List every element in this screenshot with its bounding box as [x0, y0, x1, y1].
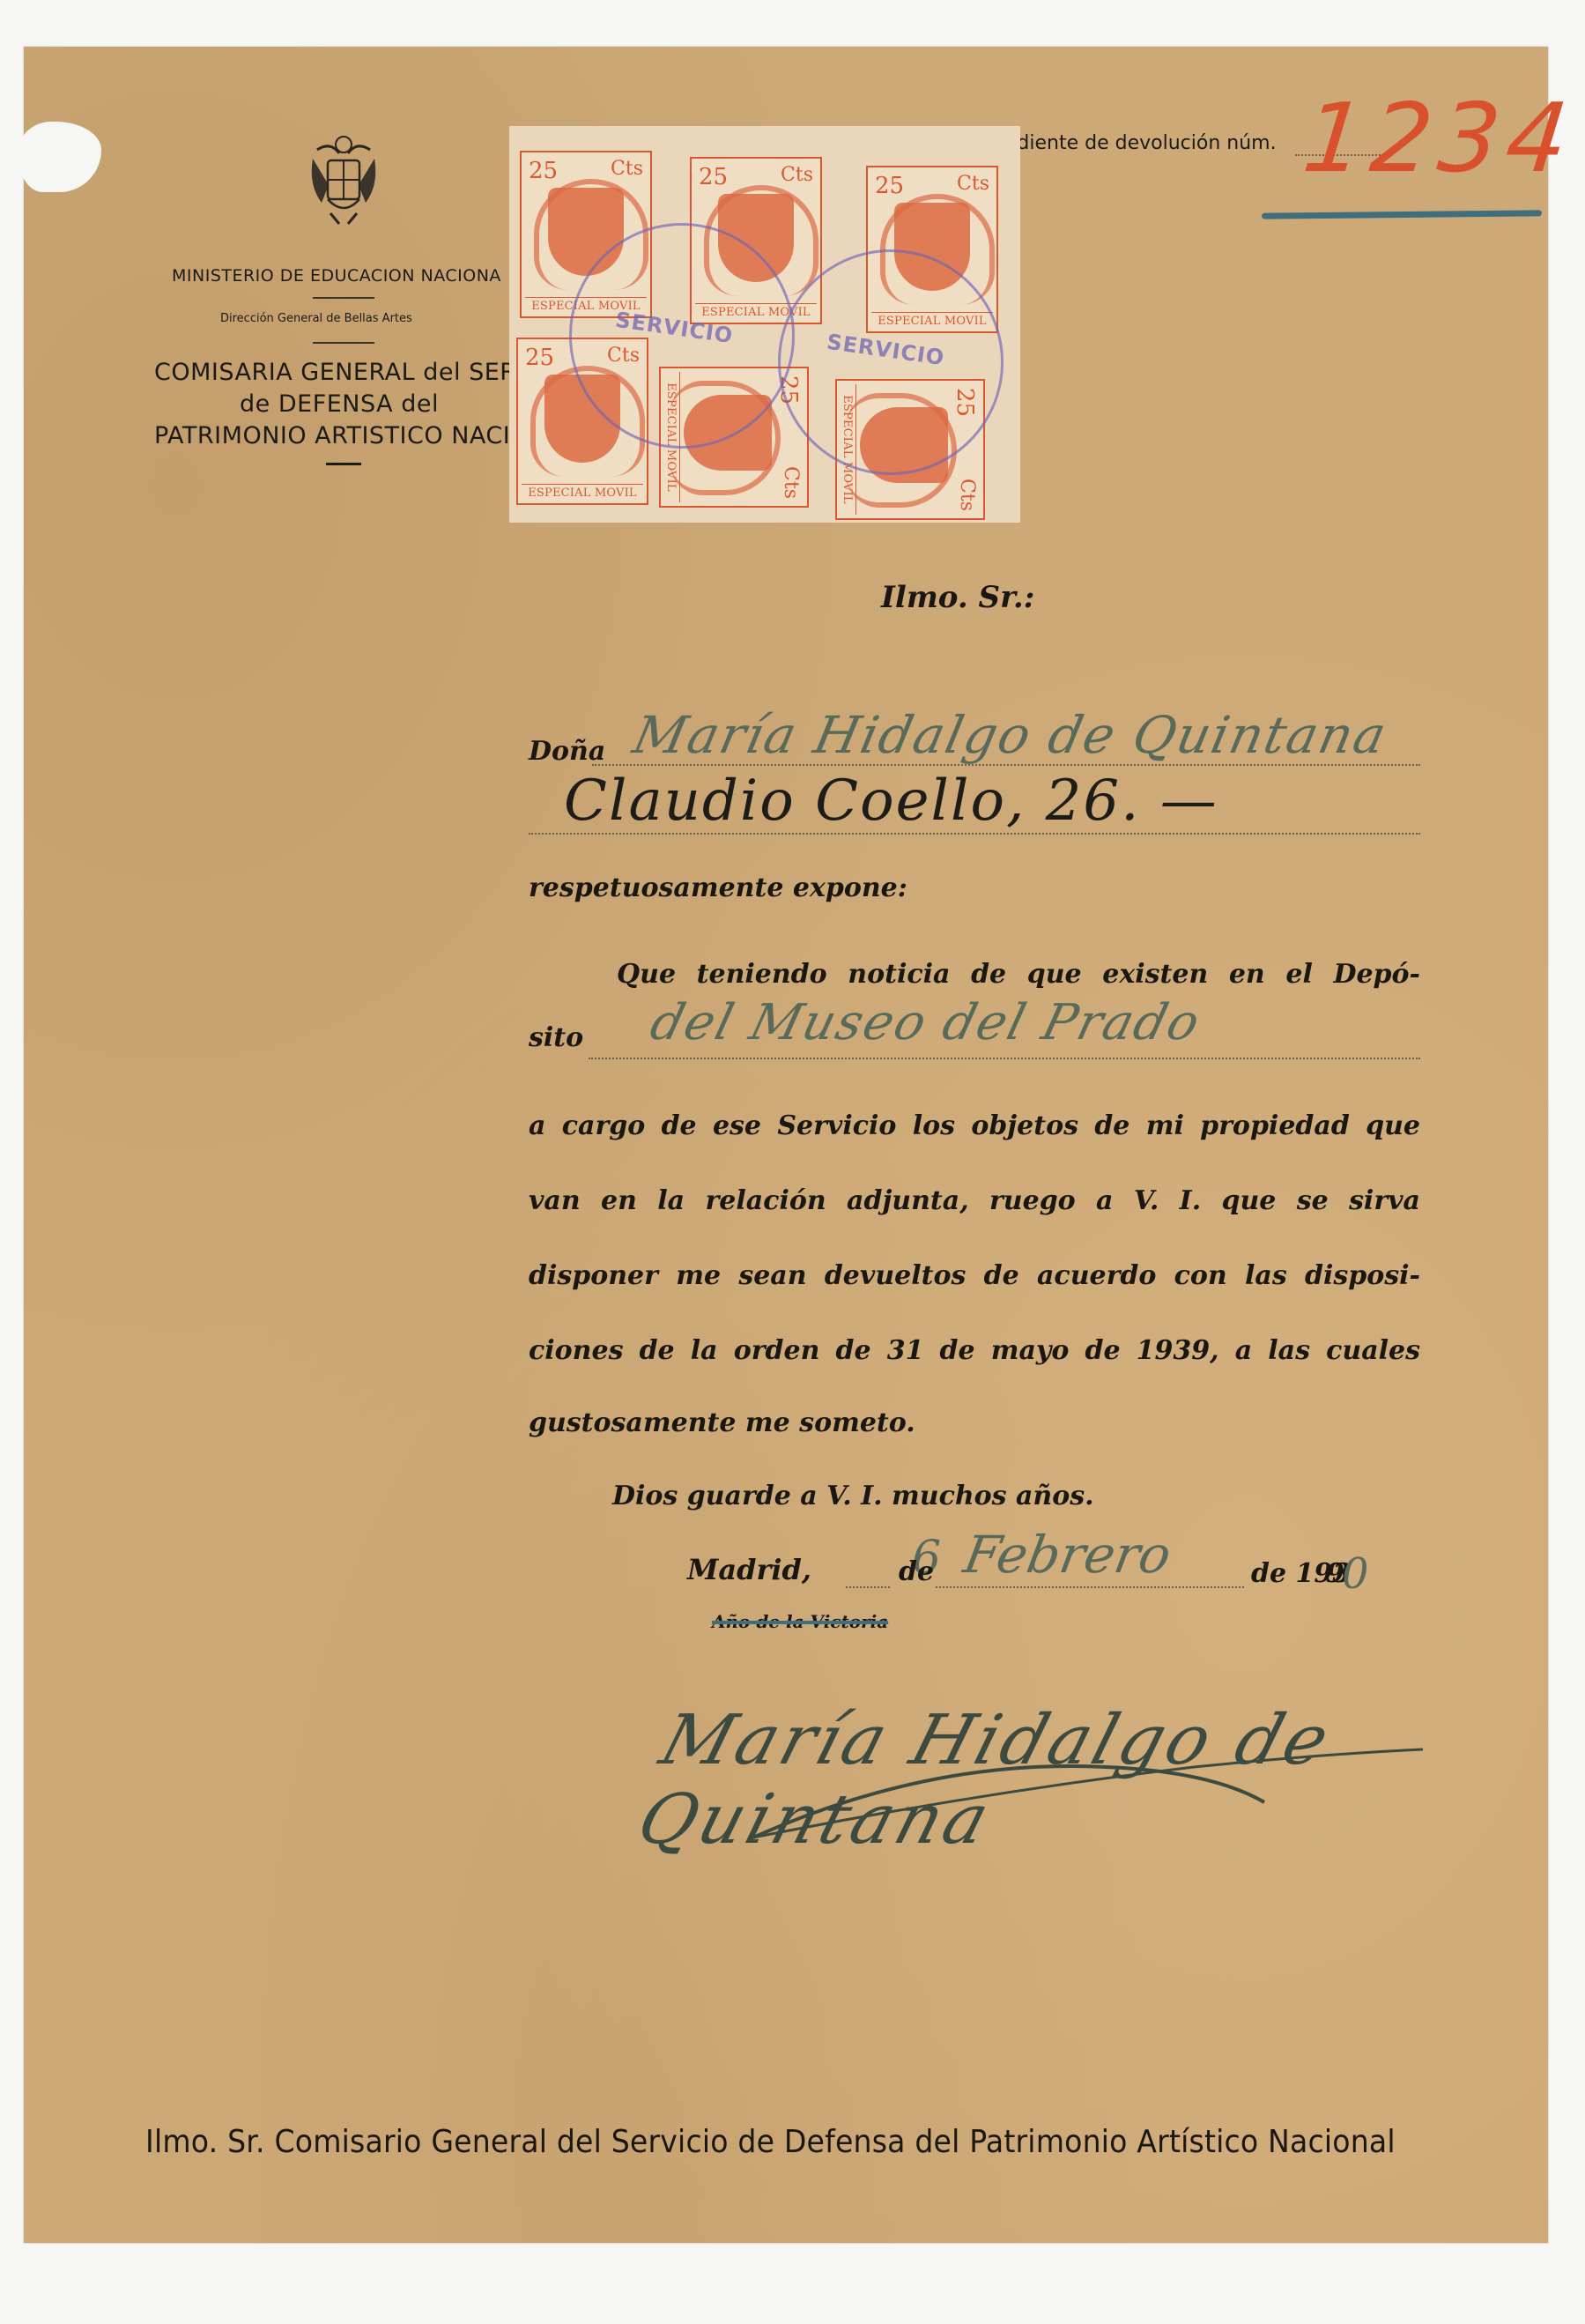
spanish-coat-of-arms-icon: [304, 132, 383, 229]
body-line-1: Que teniendo noticia de que existen en e…: [617, 959, 1420, 990]
addressee-footer: Ilmo. Sr. Comisario General del Servicio…: [145, 2124, 1396, 2160]
handwritten-address: Claudio Coello, 26. —: [564, 768, 1218, 834]
sito-label: sito: [529, 1022, 583, 1053]
closing-text: Dios guarde a V. I. muchos años.: [612, 1481, 1094, 1511]
stamp-value: 25: [525, 345, 554, 371]
body-line-6: ciones de la orden de 31 de mayo de 1939…: [529, 1335, 1420, 1366]
date-place: Madrid,: [687, 1553, 811, 1586]
direccion-general: Dirección General de Bellas Artes: [220, 312, 412, 325]
salutation: Ilmo. Sr.:: [881, 580, 1034, 615]
divider: [326, 463, 361, 465]
stamp-value: 25: [699, 164, 728, 190]
expone-text: respetuosamente expone:: [529, 872, 907, 903]
date-de: de: [899, 1556, 934, 1587]
stamp-unit: Cts: [956, 479, 978, 511]
comisaria-line-1: COMISARIA GENERAL del SERVIC: [154, 357, 524, 389]
handwritten-name: María Hidalgo de Quintana: [628, 705, 1393, 765]
body-line-3: a cargo de ese Servicio los objetos de m…: [529, 1110, 1420, 1141]
stamp-value: 25: [875, 173, 904, 199]
stamp-unit: Cts: [780, 466, 802, 499]
comisaria-line-3: PATRIMONIO ARTISTICO NACION: [154, 420, 524, 452]
divider: [313, 297, 374, 299]
signature-flourish: [753, 1732, 1423, 1855]
revenue-stamps-block: 25Cts ESPECIAL MOVIL 25Cts ESPECIAL MOVI…: [509, 126, 1020, 523]
comisaria-line-2: de DEFENSA del: [154, 389, 524, 420]
month-field-line: [936, 1586, 1244, 1588]
handwritten-year-correction: 0: [1342, 1549, 1369, 1599]
stamp-unit: Cts: [781, 164, 813, 186]
deposit-field-line: [589, 1058, 1420, 1059]
stamp-value: 25: [529, 158, 558, 184]
expediente-number: 1234: [1298, 84, 1580, 194]
ano-victoria-struck: Año de la Victoria: [712, 1611, 888, 1632]
stamp-caption: ESPECIAL MOVIL: [522, 484, 643, 500]
stamp-unit: Cts: [611, 158, 643, 180]
body-line-4: van en la relación adjunta, ruego a V. I…: [529, 1185, 1420, 1216]
handwritten-deposit: del Museo del Prado: [645, 994, 1207, 1051]
handwritten-month: Febrero: [959, 1525, 1175, 1585]
ministry-name: MINISTERIO DE EDUCACION NACIONA: [172, 266, 501, 286]
dona-label: Doña: [529, 736, 605, 767]
stamp-unit: Cts: [957, 173, 989, 195]
day-field-line: [846, 1586, 890, 1588]
divider: [313, 342, 374, 344]
body-line-7: gustosamente me someto.: [529, 1407, 915, 1438]
comisaria-heading: COMISARIA GENERAL del SERVIC de DEFENSA …: [154, 357, 524, 452]
body-line-5: disponer me sean devueltos de acuerdo co…: [529, 1260, 1420, 1291]
